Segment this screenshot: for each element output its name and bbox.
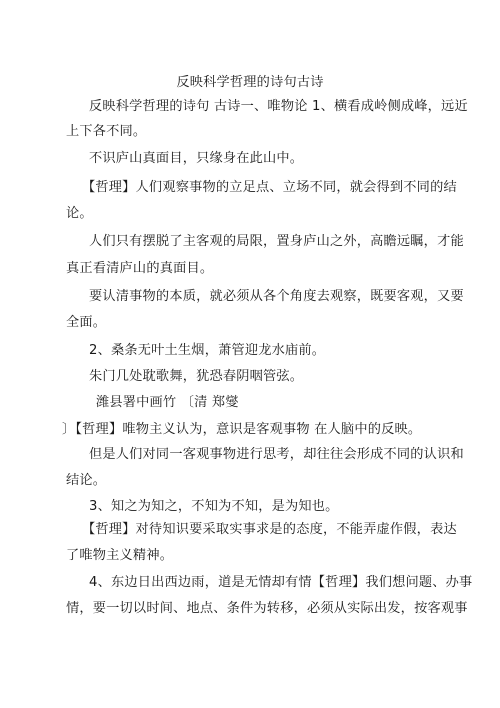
paragraph-line: 【哲理】对待知识要采取实事求是的态度，不能弄虚作假，表达 bbox=[82, 522, 457, 538]
paragraph-line: 〕【哲理】唯物主义认为，意识是客观事物 在人脑中的反映。 bbox=[62, 422, 421, 438]
paragraph-line: 但是人们对同一客观事物进行思考，却往往会形成不同的认识和 bbox=[89, 447, 464, 463]
document-title: 反映科学哲理的诗句古诗 bbox=[0, 75, 500, 91]
paragraph-line: 了唯物主义精神。 bbox=[66, 548, 173, 564]
paragraph-line: 上下各不同。 bbox=[66, 124, 146, 140]
paragraph-line: 真正看清庐山的真面目。 bbox=[66, 261, 213, 277]
paragraph-line: 不识庐山真面目，只缘身在此山中。 bbox=[89, 151, 303, 167]
paragraph-line: 潍县署中画竹 〔清 郑燮 bbox=[96, 395, 239, 411]
paragraph-line: 结论。 bbox=[66, 473, 106, 489]
paragraph-line: 2、桑条无叶土生烟，萧管迎龙水庙前。 bbox=[89, 343, 325, 359]
paragraph-line: 反映科学哲理的诗句 古诗一、唯物论 1、横看成岭侧成峰，远近 bbox=[89, 99, 468, 115]
paragraph-line: 情，要一切以时间、地点、条件为转移，必须从实际出发，按客观事 bbox=[66, 601, 468, 617]
paragraph-line: 4、东边日出西边雨，道是无情却有情【哲理】我们想问题、办事 bbox=[89, 575, 472, 591]
paragraph-line: 要认清事物的本质，就必须从各个角度去观察，既要客观，又要 bbox=[89, 289, 464, 305]
document-page: 反映科学哲理的诗句古诗 反映科学哲理的诗句 古诗一、唯物论 1、横看成岭侧成峰，… bbox=[0, 0, 500, 708]
paragraph-line: 人们只有摆脱了主客观的局限，置身庐山之外，高瞻远瞩，才能 bbox=[89, 234, 464, 250]
paragraph-line: 3、知之为知之，不知为不知，是为知也。 bbox=[89, 499, 339, 515]
paragraph-line: 【哲理】人们观察事物的立足点、立场不同，就会得到不同的结 bbox=[82, 180, 457, 196]
paragraph-line: 全面。 bbox=[66, 315, 106, 331]
paragraph-line: 朱门几处耽歌舞，犹恐春阴咽管弦。 bbox=[89, 369, 303, 385]
paragraph-line: 论。 bbox=[66, 206, 93, 222]
